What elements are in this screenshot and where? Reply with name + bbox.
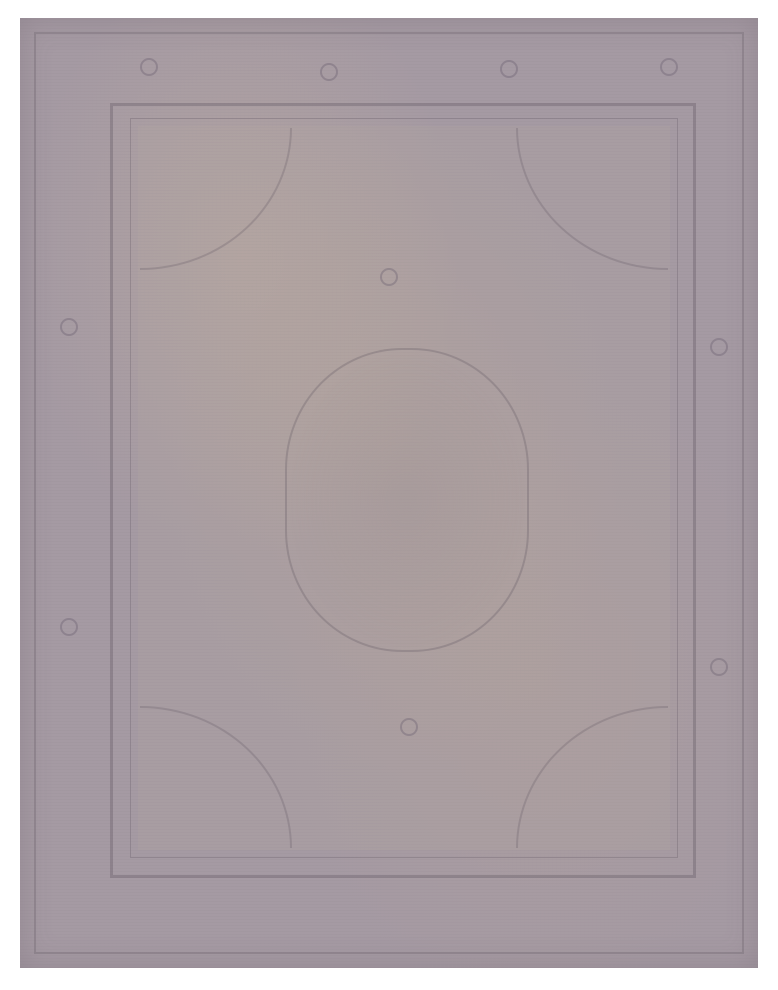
- central-medallion: [285, 348, 529, 652]
- border-floral-motif: [500, 60, 518, 78]
- border-floral-motif: [660, 58, 678, 76]
- border-floral-motif: [60, 618, 78, 636]
- rug-photo: [20, 18, 758, 968]
- border-floral-motif: [320, 63, 338, 81]
- border-floral-motif: [140, 58, 158, 76]
- border-floral-motif: [710, 338, 728, 356]
- border-floral-motif: [60, 318, 78, 336]
- field-floral-motif: [400, 718, 418, 736]
- border-floral-motif: [710, 658, 728, 676]
- field-floral-motif: [380, 268, 398, 286]
